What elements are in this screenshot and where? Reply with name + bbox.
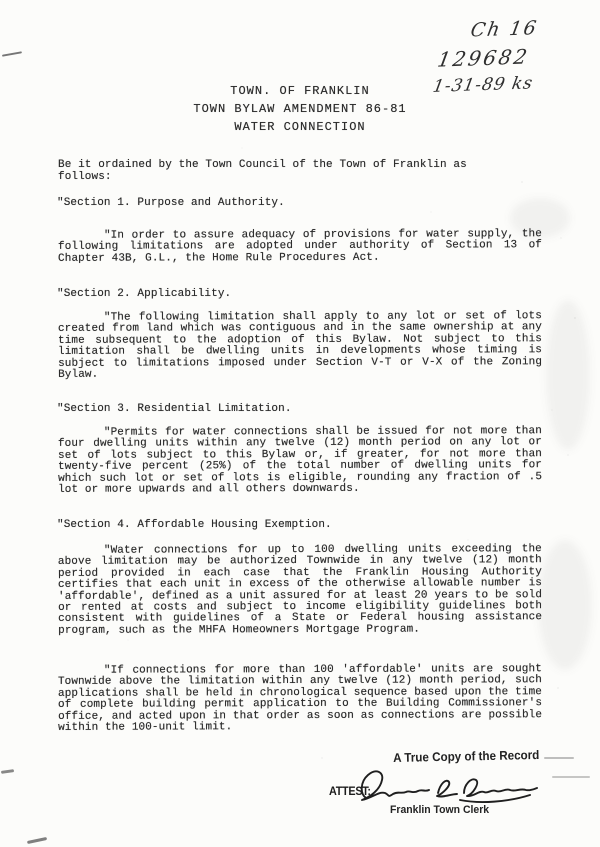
scan-noise [27,837,47,844]
section-4-paragraph-1: "Water connections for up to 100 dwellin… [58,544,542,637]
section-1-paragraph: "In order to assure adequacy of provisio… [58,229,542,265]
preamble-line-1: Be it ordained by the Town Council of th… [58,159,467,171]
scan-smudge [510,198,570,238]
true-copy-stamp: A True Copy of the Record [393,748,539,765]
document-title-bylaw-amendment: TOWN BYLAW AMENDMENT 86-81 [0,102,600,116]
section-4-paragraph-2: "If connections for more than 100 'affor… [58,664,542,734]
document-title-town: TOWN. OF FRANKLIN [0,84,600,98]
preamble-line-2: follows: [58,171,112,183]
scan-smudge [538,540,592,670]
clerk-title: Franklin Town Clerk [390,804,489,816]
scan-noise [2,51,22,57]
section-4-heading: "Section 4. Affordable Housing Exemption… [57,519,332,531]
document-title-subject: WATER CONNECTION [0,120,600,134]
section-3-paragraph: "Permits for water connections shall be … [58,426,542,496]
scan-noise [1,769,14,773]
scan-smudge [546,300,590,450]
scanned-document-page: Ch 16 129682 1-31-89 ks TOWN. OF FRANKLI… [0,0,600,847]
section-2-paragraph: "The following limitation shall apply to… [58,311,542,381]
section-2-heading: "Section 2. Applicability. [57,288,231,300]
scan-noise [544,757,574,759]
handwritten-case-number: Ch 16 [469,15,595,41]
section-1-heading: "Section 1. Purpose and Authority. [57,197,285,209]
handwritten-document-number: 129682 [436,42,590,71]
scan-noise [552,776,590,778]
section-3-heading: "Section 3. Residential Limitation. [57,403,292,415]
